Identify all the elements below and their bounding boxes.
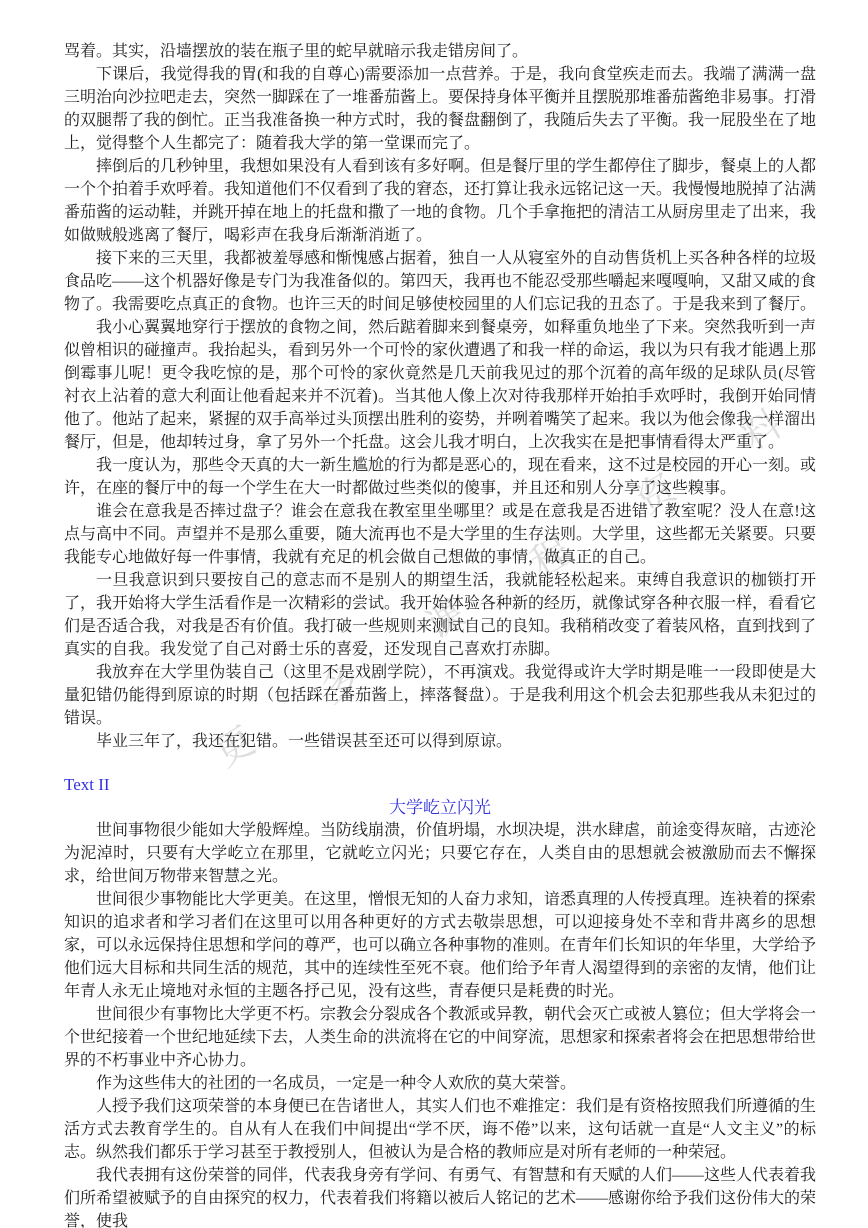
text2-paragraph: 我代表拥有这份荣誉的同伴，代表我身旁有学问、有勇气、有智慧和有天赋的人们——这些… [64,1164,816,1228]
text1-paragraph: 我放弃在大学里伪装自己（这里不是戏剧学院），不再演戏。我觉得或许大学时期是唯一一… [64,661,816,730]
text1-paragraph: 骂着。其实，沿墙摆放的装在瓶子里的蛇早就暗示我走错房间了。 [64,40,816,63]
text1-paragraph: 摔倒后的几秒钟里，我想如果没有人看到该有多好啊。但是餐厅里的学生都停住了脚步，餐… [64,155,816,247]
text1-paragraph: 毕业三年了，我还在犯错。一些错误甚至还可以得到原谅。 [64,730,816,753]
document-content: 骂着。其实，沿墙摆放的装在瓶子里的蛇早就暗示我走错房间了。 下课后，我觉得我的胃… [64,40,816,1228]
text1-paragraph: 谁会在意我是否摔过盘子？谁会在意我在教室里坐哪里？或是在意我是否进错了教室呢？没… [64,500,816,569]
text2-paragraph: 世间事物很少能如大学般辉煌。当防线崩溃，价值坍塌，水坝决堤，洪水肆虐，前途变得灰… [64,819,816,888]
text2-paragraph: 人授予我们这项荣誉的本身便已在告诸世人，其实人们也不难推定：我们是有资格按照我们… [64,1095,816,1164]
text2-paragraph: 作为这些伟大的社团的一名成员，一定是一种令人欢欣的莫大荣誉。 [64,1072,816,1095]
text2-paragraph: 世间很少事物能比大学更美。在这里，憎恨无知的人奋力求知，谙悉真理的人传授真理。连… [64,888,816,1003]
text2-paragraph: 世间很少有事物比大学更不朽。宗教会分裂成各个教派或异教，朝代会灭亡或被人篡位；但… [64,1003,816,1072]
text1-paragraph: 一旦我意识到只要按自己的意志而不是别人的期望生活，我就能轻松起来。束缚自我意识的… [64,569,816,661]
text1-paragraph: 我小心翼翼地穿行于摆放的食物之间，然后踮着脚来到餐桌旁，如释重负地坐了下来。突然… [64,316,816,454]
text1-paragraph: 接下来的三天里，我都被羞辱感和惭愧感占据着，独自一人从寝室外的自动售货机上买各种… [64,247,816,316]
document-page: 更多课程资料 骂着。其实，沿墙摆放的装在瓶子里的蛇早就暗示我走错房间了。 下课后… [0,0,868,1228]
text1-paragraph: 下课后，我觉得我的胃(和我的自尊心)需要添加一点营养。于是，我向食堂疾走而去。我… [64,63,816,155]
section-label-text2: Text II [64,773,816,796]
text1-paragraph: 我一度认为，那些令天真的大一新生尴尬的行为都是恶心的，现在看来，这不过是校园的开… [64,454,816,500]
text2-title: 大学屹立闪光 [64,796,816,819]
